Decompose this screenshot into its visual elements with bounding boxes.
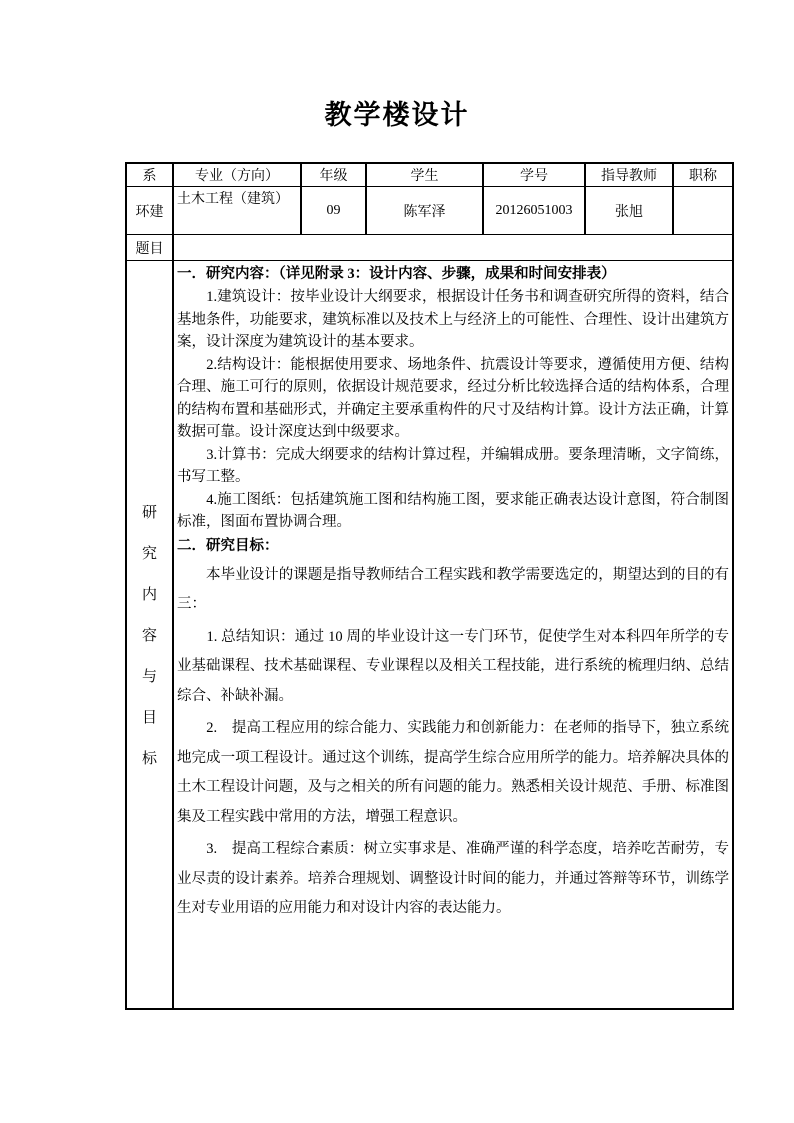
header-advisor: 指导教师: [585, 163, 673, 187]
section1-heading: 一．研究内容：（详见附录 3：设计内容、步骤，成果和时间安排表）: [177, 262, 729, 286]
student-id-value: 20126051003: [483, 187, 585, 235]
topic-row: 题目: [126, 235, 733, 261]
section2-heading: 二．研究目标：: [177, 534, 729, 558]
section2-paragraph-1: 本毕业设计的课题是指导教师结合工程实践和教学需要选定的，期望达到的目的有三：: [177, 561, 729, 620]
page-title: 教学楼设计: [0, 0, 794, 134]
advisor-title-value: [673, 187, 733, 235]
department-value: 环建: [126, 187, 173, 235]
side-label-char: 容: [142, 624, 157, 645]
section1-paragraph-4: 4.施工图纸：包括建筑施工图和结构施工图，要求能正确表达设计意图，符合制图标准，…: [177, 489, 729, 534]
info-table: 系 专业（方向） 年级 学生 学号 指导教师 职称 环建 土木工程（建筑） 09…: [125, 162, 734, 1010]
side-label-cell: 研 究 内 容 与 目 标: [126, 261, 173, 1010]
header-student-id: 学号: [483, 163, 585, 187]
section1-paragraph-2: 2.结构设计：能根据使用要求、场地条件、抗震设计等要求，遵循使用方便、结构合理、…: [177, 354, 729, 444]
header-department: 系: [126, 163, 173, 187]
section1-paragraph-1: 1.建筑设计：按毕业设计大纲要求，根据设计任务书和调查研究所得的资料，结合基地条…: [177, 286, 729, 354]
section2-paragraph-2: 1. 总结知识：通过 10 周的毕业设计这一专门环节，促使学生对本科四年所学的专…: [177, 623, 729, 712]
major-value: 土木工程（建筑）: [173, 187, 301, 235]
header-advisor-title: 职称: [673, 163, 733, 187]
side-label-char: 目: [142, 706, 157, 727]
topic-label: 题目: [126, 235, 173, 261]
side-label-char: 与: [142, 665, 157, 686]
student-info-row: 环建 土木工程（建筑） 09 陈军泽 20126051003 张旭: [126, 187, 733, 235]
section1-paragraph-3: 3.计算书：完成大纲要求的结构计算过程，并编辑成册。要条理清晰，文字简练，书写工…: [177, 444, 729, 489]
advisor-value: 张旭: [585, 187, 673, 235]
content-row: 研 究 内 容 与 目 标 一．研究内容：（详见附录 3：设计内容、步骤，成果和…: [126, 261, 733, 1010]
section2-paragraph-3: 2. 提高工程应用的综合能力、实践能力和创新能力：在老师的指导下，独立系统地完成…: [177, 714, 729, 832]
header-major: 专业（方向）: [173, 163, 301, 187]
student-name-value: 陈军泽: [366, 187, 483, 235]
header-student: 学生: [366, 163, 483, 187]
document-page: 教学楼设计 系 专业（方向） 年级 学生 学号 指导教师 职称 环建 土木工程: [0, 0, 794, 1123]
content-cell: 一．研究内容：（详见附录 3：设计内容、步骤，成果和时间安排表） 1.建筑设计：…: [173, 261, 733, 1010]
side-label-char: 究: [142, 542, 157, 563]
side-label-char: 研: [142, 501, 157, 522]
topic-value: [173, 235, 733, 261]
header-grade: 年级: [301, 163, 366, 187]
side-label-char: 内: [142, 583, 157, 604]
table-header-row: 系 专业（方向） 年级 学生 学号 指导教师 职称: [126, 163, 733, 187]
grade-value: 09: [301, 187, 366, 235]
side-label: 研 究 内 容 与 目 标: [130, 501, 169, 768]
side-label-char: 标: [142, 747, 157, 768]
section2-paragraph-4: 3. 提高工程综合素质：树立实事求是、准确严谨的科学态度，培养吃苦耐劳，专业尽责…: [177, 835, 729, 924]
